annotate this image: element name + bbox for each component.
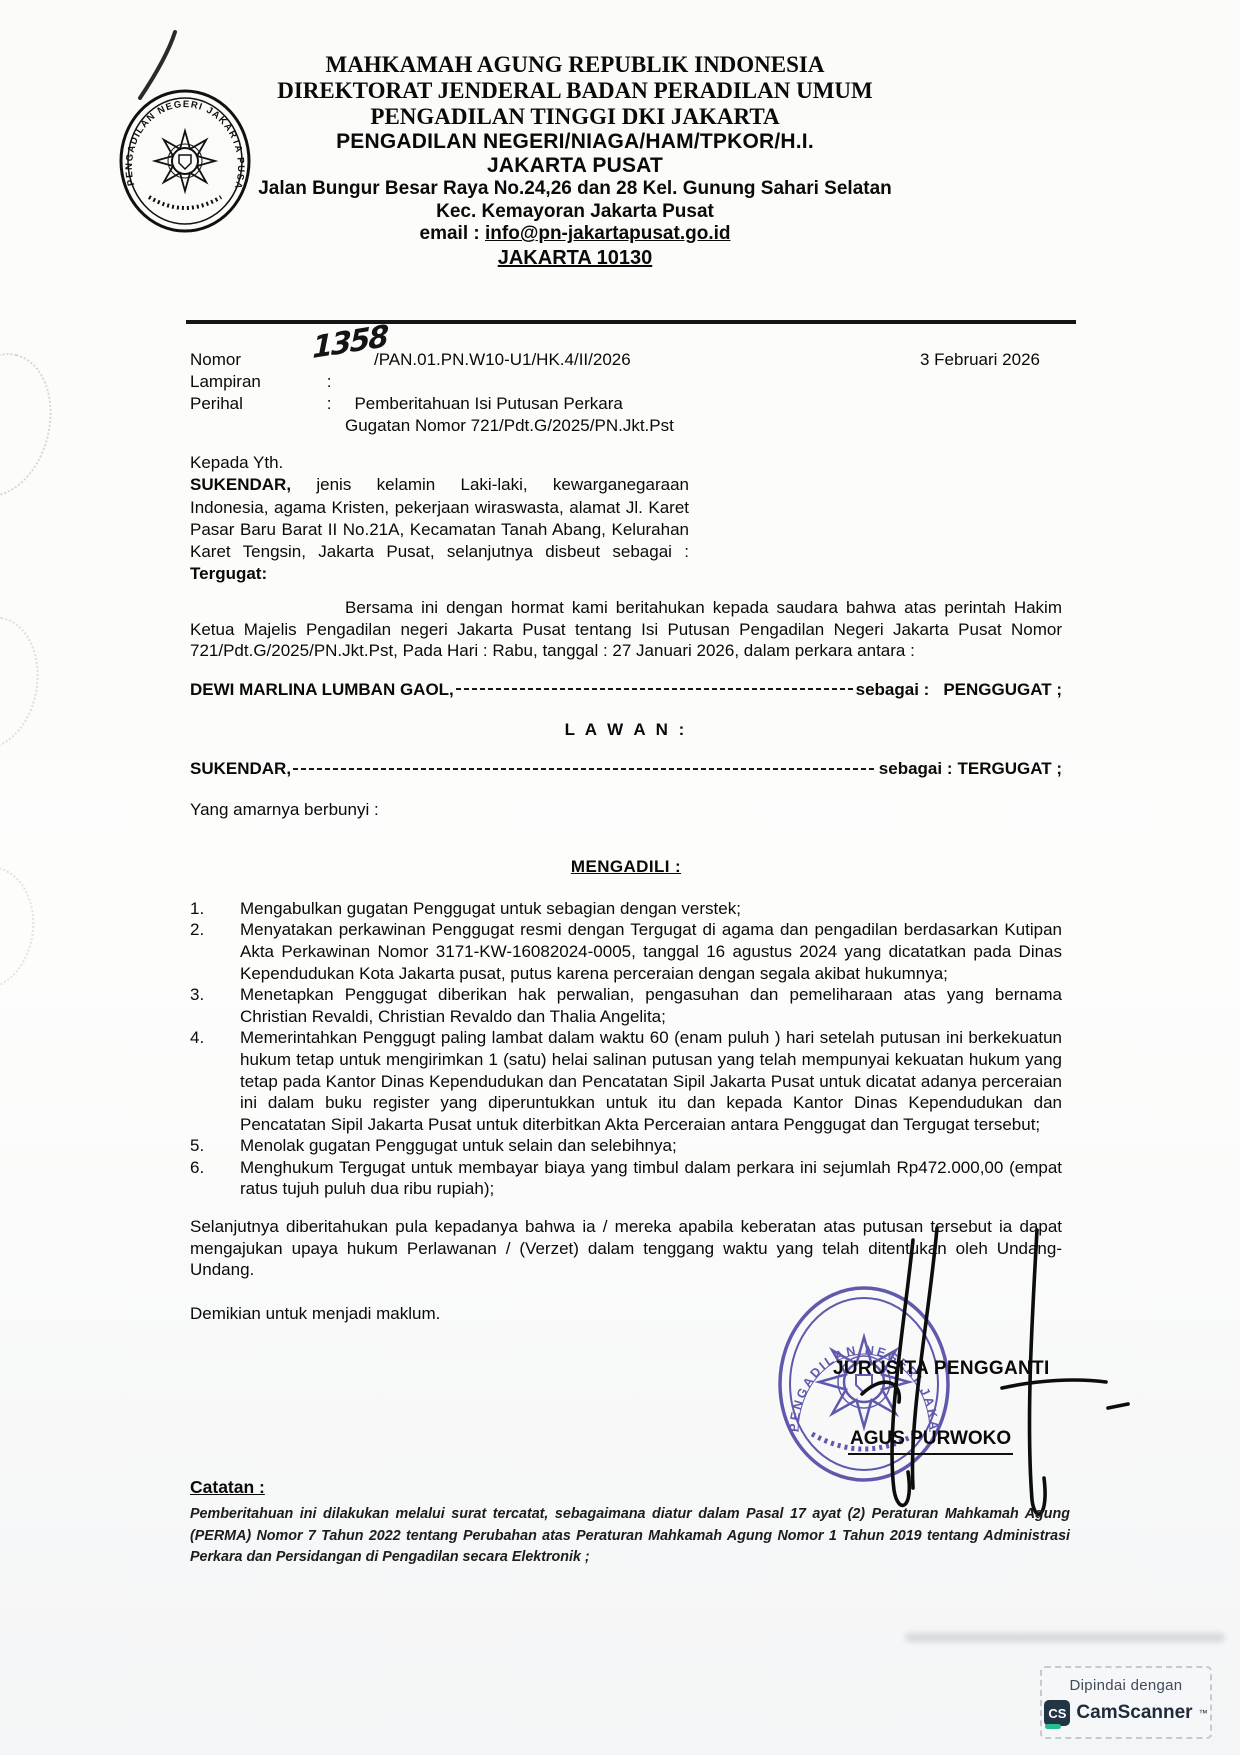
item-number: 6. xyxy=(190,1157,240,1200)
defendant-row: SUKENDAR, sebagai : TERGUGAT ; xyxy=(190,758,1062,780)
plaintiff-name: DEWI MARLINA LUMBAN GAOL, xyxy=(190,679,454,701)
recipient-name: SUKENDAR, xyxy=(190,475,291,494)
item-text: Menolak gugatan Penggugat untuk selain d… xyxy=(240,1135,1062,1157)
org-line-1: MAHKAMAH AGUNG REPUBLIK INDONESIA xyxy=(235,52,915,78)
verdict-list: 1. Mengabulkan gugatan Penggugat untuk s… xyxy=(190,898,1062,1200)
item-text: Memerintahkan Penggugt paling lambat dal… xyxy=(240,1027,1062,1135)
verdict-item: 1. Mengabulkan gugatan Penggugat untuk s… xyxy=(190,898,1062,920)
email-link[interactable]: info@pn-jakartapusat.go.id xyxy=(485,223,730,244)
lampiran-row: Lampiran : xyxy=(190,371,350,392)
email-row: email : info@pn-jakartapusat.go.id xyxy=(235,223,915,244)
verdict-item: 5. Menolak gugatan Penggugat untuk selai… xyxy=(190,1135,1062,1157)
perihal-line-1: Pemberitahuan Isi Putusan Perkara xyxy=(354,394,622,413)
org-line-2: DIREKTORAT JENDERAL BADAN PERADILAN UMUM xyxy=(235,78,915,104)
item-number: 1. xyxy=(190,898,240,920)
camscanner-badge: Dipindai dengan CS CamScanner ™ xyxy=(1040,1666,1212,1739)
footnote-heading: Catatan : xyxy=(190,1477,265,1498)
item-number: 4. xyxy=(190,1027,240,1135)
verdict-item: 6. Menghukum Tergugat untuk membayar bia… xyxy=(190,1157,1062,1200)
camscanner-logo-icon: CS xyxy=(1044,1700,1070,1726)
scanned-court-letter: PENGADILAN NEGERI JAKARTA PUSAT MAHKAMAH… xyxy=(0,0,1240,1755)
item-number: 3. xyxy=(190,984,240,1027)
intro-paragraph: Bersama ini dengan hormat kami beritahuk… xyxy=(190,597,1062,662)
item-text: Mengabulkan gugatan Penggugat untuk seba… xyxy=(240,898,1062,920)
address-line-2: Kec. Kemayoran Jakarta Pusat xyxy=(235,201,915,222)
recipient-role: Tergugat: xyxy=(190,564,267,583)
defendant-sebagai: sebagai : xyxy=(879,758,953,780)
perihal-line-2: Gugatan Nomor 721/Pdt.G/2025/PN.Jkt.Pst xyxy=(345,415,674,436)
letter-date: 3 Februari 2026 xyxy=(895,349,1040,370)
nomor-value: /PAN.01.PN.W10-U1/HK.4/II/2026 xyxy=(374,349,631,370)
dash-filler xyxy=(293,763,877,775)
plaintiff-sebagai: sebagai : xyxy=(856,679,930,701)
lampiran-label: Lampiran xyxy=(190,371,322,392)
verdict-item: 4. Memerintahkan Penggugt paling lambat … xyxy=(190,1027,1062,1135)
org-line-3: PENGADILAN TINGGI DKI JAKARTA xyxy=(235,104,915,130)
defendant-role: TERGUGAT ; xyxy=(957,758,1062,780)
footnote-text: Pemberitahuan ini dilakukan melalui sura… xyxy=(190,1504,1070,1569)
verdict-item: 3. Menetapkan Penggugat diberikan hak pe… xyxy=(190,984,1062,1027)
badge-brand-row: CS CamScanner ™ xyxy=(1042,1700,1210,1726)
nomor-label: Nomor xyxy=(190,349,322,370)
badge-caption: Dipindai dengan xyxy=(1042,1677,1210,1694)
recipient-paragraph: SUKENDAR, jenis kelamin Laki-laki, kewar… xyxy=(190,474,689,585)
ghost-stamp-artifact xyxy=(0,609,49,758)
item-text: Menetapkan Penggugat diberikan hak perwa… xyxy=(240,984,1062,1027)
item-text: Menghukum Tergugat untuk membayar biaya … xyxy=(240,1157,1062,1200)
org-line-4: PENGADILAN NEGERI/NIAGA/HAM/TPKOR/H.I. xyxy=(235,130,915,154)
email-label: email : xyxy=(420,223,485,244)
perihal-row: Perihal : Pemberitahuan Isi Putusan Perk… xyxy=(190,393,623,414)
item-number: 5. xyxy=(190,1135,240,1157)
footnote-block: Catatan : Pemberitahuan ini dilakukan me… xyxy=(190,1477,1070,1569)
ghost-stamp-artifact xyxy=(0,860,42,996)
recipient-salutation: Kepada Yth. xyxy=(190,452,689,474)
seal-text: PENGADILAN NEGERI JAKARTA PUSAT xyxy=(112,86,246,190)
trademark-symbol: ™ xyxy=(1199,1708,1208,1718)
badge-brand-name: CamScanner xyxy=(1076,1702,1192,1724)
perihal-label: Perihal xyxy=(190,393,322,414)
amar-intro-line: Yang amarnya berbunyi : xyxy=(190,799,1062,821)
ghost-stamp-artifact xyxy=(0,342,66,508)
address-line-1: Jalan Bungur Besar Raya No.24,26 dan 28 … xyxy=(235,178,915,199)
scan-smudge-artifact xyxy=(905,1633,1225,1642)
nomor-row: Nomor 1358 /PAN.01.PN.W10-U1/HK.4/II/202… xyxy=(190,349,322,370)
svg-text:PENGADILAN NEGERI JAKARTA PUSA: PENGADILAN NEGERI JAKARTA PUSAT xyxy=(112,86,246,190)
item-number: 2. xyxy=(190,919,240,984)
header-divider-rule xyxy=(186,320,1076,324)
item-text: Menyatakan perkawinan Penggugat resmi de… xyxy=(240,919,1062,984)
lampiran-colon: : xyxy=(327,371,350,392)
seal-sunburst xyxy=(155,131,215,191)
perihal-colon: : xyxy=(327,393,350,414)
city-postal: JAKARTA 10130 xyxy=(498,247,653,270)
org-line-5: JAKARTA PUSAT xyxy=(235,154,915,178)
recipient-block: Kepada Yth. SUKENDAR, jenis kelamin Laki… xyxy=(190,452,689,586)
defendant-name: SUKENDAR, xyxy=(190,758,291,780)
plaintiff-role: PENGGUGAT ; xyxy=(943,679,1062,701)
verdict-heading: MENGADILI : xyxy=(571,857,681,876)
versus-heading: L A W A N : xyxy=(190,719,1062,741)
verdict-item: 2. Menyatakan perkawinan Penggugat resmi… xyxy=(190,919,1062,984)
letterhead: MAHKAMAH AGUNG REPUBLIK INDONESIA DIREKT… xyxy=(235,52,915,269)
plaintiff-row: DEWI MARLINA LUMBAN GAOL, sebagai : PENG… xyxy=(190,679,1062,701)
verdict-heading-wrap: MENGADILI : xyxy=(190,856,1062,878)
dash-filler xyxy=(456,684,854,696)
